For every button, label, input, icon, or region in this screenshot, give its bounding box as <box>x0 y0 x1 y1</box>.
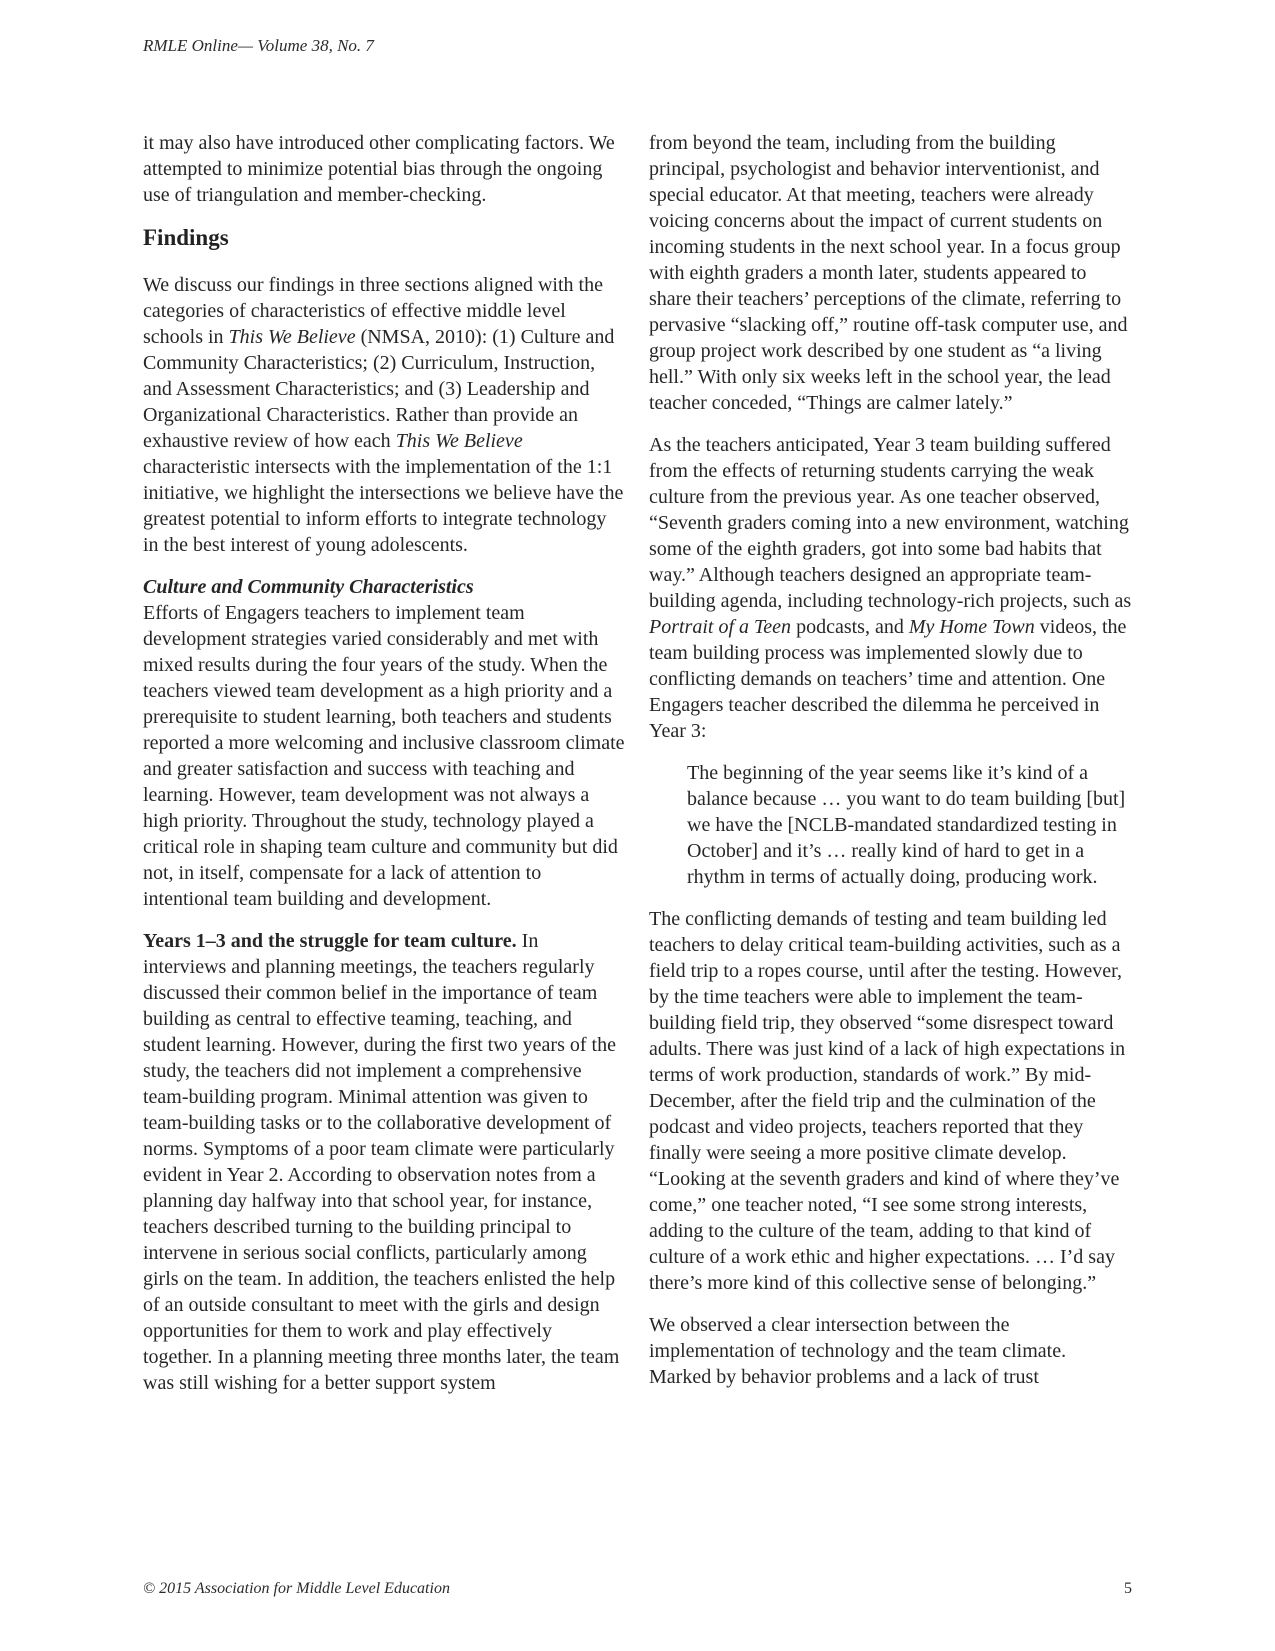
paragraph: it may also have introduced other compli… <box>143 130 626 208</box>
paragraph: Years 1–3 and the struggle for team cult… <box>143 928 626 1396</box>
text-run: The beginning of the year seems like it’… <box>687 762 1130 888</box>
paragraph: As the teachers anticipated, Year 3 team… <box>649 432 1132 744</box>
copyright-notice: © 2015 Association for Middle Level Educ… <box>143 1580 450 1598</box>
running-header: RMLE Online— Volume 38, No. 7 <box>143 36 374 56</box>
text-run: Portrait of a Teen <box>649 616 791 638</box>
paragraph: from beyond the team, including from the… <box>649 130 1132 416</box>
text-run: Years 1–3 and the struggle for team cult… <box>143 930 517 952</box>
text-run: This We Believe <box>396 430 523 452</box>
page-footer: © 2015 Association for Middle Level Educ… <box>143 1580 1132 1598</box>
heading: Findings <box>143 224 626 252</box>
paragraph: We discuss our findings in three section… <box>143 272 626 558</box>
subheading: Culture and Community Characteristics <box>143 574 626 600</box>
right-column: from beyond the team, including from the… <box>649 130 1132 1406</box>
paragraph: The conflicting demands of testing and t… <box>649 906 1132 1296</box>
text-run: from beyond the team, including from the… <box>649 132 1133 414</box>
text-run: podcasts, and <box>791 616 909 638</box>
text-run: In interviews and planning meetings, the… <box>143 930 624 1394</box>
text-run: it may also have introduced other compli… <box>143 132 620 206</box>
text-run: Efforts of Engagers teachers to implemen… <box>143 602 630 910</box>
left-column: it may also have introduced other compli… <box>143 130 626 1412</box>
text-run: This We Believe <box>229 326 356 348</box>
text-run: Culture and Community Characteristics <box>143 576 474 598</box>
paragraph: Efforts of Engagers teachers to implemen… <box>143 600 626 912</box>
text-run: My Home Town <box>909 616 1035 638</box>
text-run: The conflicting demands of testing and t… <box>649 908 1130 1294</box>
text-run: We observed a clear intersection between… <box>649 1314 1071 1388</box>
paragraph: We observed a clear intersection between… <box>649 1312 1132 1390</box>
two-column-body: it may also have introduced other compli… <box>143 130 1132 1412</box>
text-run: Findings <box>143 225 229 250</box>
paper-page: RMLE Online— Volume 38, No. 7 it may als… <box>0 0 1275 1651</box>
blockquote: The beginning of the year seems like it’… <box>687 760 1126 890</box>
page-number: 5 <box>1124 1580 1132 1598</box>
text-run: As the teachers anticipated, Year 3 team… <box>649 434 1136 612</box>
